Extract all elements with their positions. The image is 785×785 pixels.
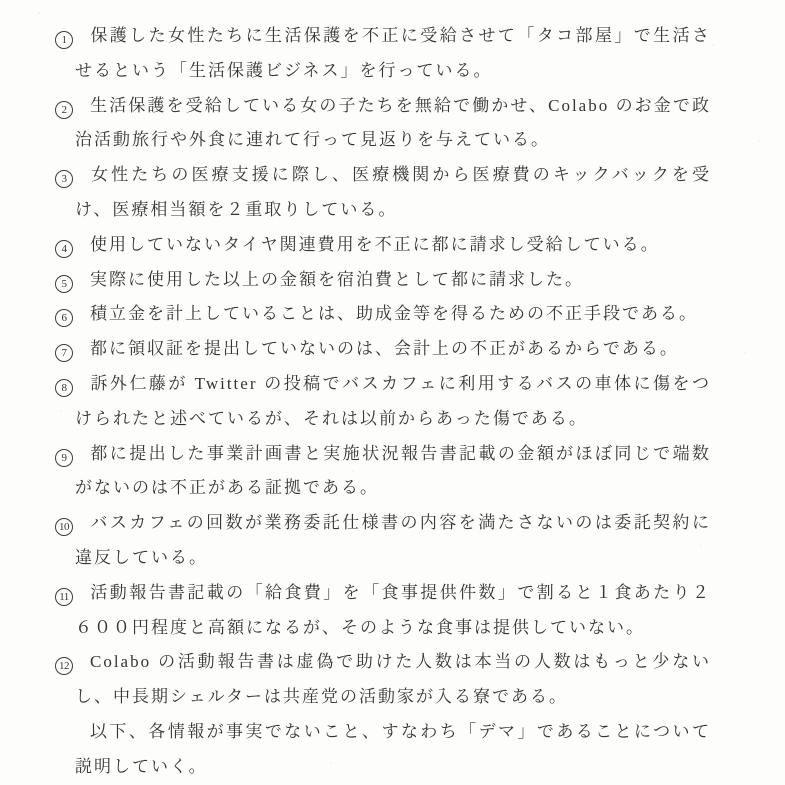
list-item-8: 8訴外仁藤が Twitter の投稿でバスカフェに利用するバスの車体に傷をつけら… [75,367,711,437]
item-number: 7 [62,347,67,359]
list-item-4: 4使用していないタイヤ関連費用を不正に都に請求し受給している。 [75,228,711,263]
item-number: 4 [62,243,67,255]
item-number-circle: 7 [55,344,73,362]
item-number: 6 [62,312,67,324]
item-number-circle: 11 [55,588,73,606]
item-number: 10 [59,521,69,533]
item-text: 都に提出した事業計画書と実施状況報告書記載の金額がほぼ同じで端数がないのは不正が… [75,444,711,498]
item-text: 訴外仁藤が Twitter の投稿でバスカフェに利用するバスの車体に傷をつけられ… [75,374,711,428]
list-item-11: 11活動報告書記載の「給食費」を「食事提供件数」で割ると１食あたり２６００円程度… [75,576,711,646]
item-text: 生活保護を受給している女の子たちを無給で働かせ、Colabo のお金で政治活動旅… [75,96,711,150]
item-number-circle: 2 [55,101,73,119]
item-number-circle: 6 [55,309,73,327]
list-item-7: 7都に領収証を提出していないのは、会計上の不正があるからである。 [75,332,711,367]
item-text: 積立金を計上していることは、助成金等を得るための不正手段である。 [90,304,698,323]
item-number-circle: 3 [55,170,73,188]
item-number: 2 [62,104,67,116]
list-item-12: 12Colabo の活動報告書は虚偽で助けた人数は本当の人数はもっと少ないし、中… [75,645,711,715]
list-item-2: 2生活保護を受給している女の子たちを無給で働かせ、Colabo のお金で政治活動… [75,89,711,159]
list-item-10: 10バスカフェの回数が業務委託仕様書の内容を満たさないのは委託契約に違反している… [75,506,711,576]
item-text: 都に領収証を提出していないのは、会計上の不正があるからである。 [90,339,679,358]
item-number: 8 [62,382,67,394]
item-number-circle: 10 [55,518,73,536]
item-number-circle: 4 [55,240,73,258]
item-text: 実際に使用した以上の金額を宿泊費として都に請求した。 [90,270,584,289]
list-item-6: 6積立金を計上していることは、助成金等を得るための不正手段である。 [75,297,711,332]
list-item-3: 3女性たちの医療支援に際し、医療機関から医療費のキックバックを受け、医療相当額を… [75,158,711,228]
item-text: 使用していないタイヤ関連費用を不正に都に請求し受給している。 [90,235,660,254]
closing-paragraph: 以下、各情報が事実でないこと、すなわち「デマ」であることについて説明していく。 [75,715,711,785]
item-number: 3 [62,173,67,185]
item-number: 12 [59,660,69,672]
item-number: 1 [62,34,67,46]
item-number: 5 [62,278,67,290]
list-item-5: 5実際に使用した以上の金額を宿泊費として都に請求した。 [75,263,711,298]
item-text: 保護した女性たちに生活保護を不正に受給させて「タコ部屋」で生活させるという「生活… [75,26,711,80]
item-text: 活動報告書記載の「給食費」を「食事提供件数」で割ると１食あたり２６００円程度と高… [75,583,711,637]
item-number-circle: 9 [55,449,73,467]
item-number-circle: 8 [55,379,73,397]
document-page: 1保護した女性たちに生活保護を不正に受給させて「タコ部屋」で生活させるという「生… [0,0,785,785]
list-item-1: 1保護した女性たちに生活保護を不正に受給させて「タコ部屋」で生活させるという「生… [75,19,711,89]
item-text: バスカフェの回数が業務委託仕様書の内容を満たさないのは委託契約に違反している。 [75,513,711,567]
item-number: 9 [62,452,67,464]
document-content: 1保護した女性たちに生活保護を不正に受給させて「タコ部屋」で生活させるという「生… [0,0,711,785]
item-text: Colabo の活動報告書は虚偽で助けた人数は本当の人数はもっと少ないし、中長期… [75,652,711,706]
list-item-9: 9都に提出した事業計画書と実施状況報告書記載の金額がほぼ同じで端数がないのは不正… [75,437,711,507]
item-number-circle: 5 [55,275,73,293]
item-text: 女性たちの医療支援に際し、医療機関から医療費のキックバックを受け、医療相当額を２… [75,165,711,219]
item-number-circle: 1 [55,31,73,49]
item-number: 11 [59,591,69,603]
item-number-circle: 12 [55,657,73,675]
